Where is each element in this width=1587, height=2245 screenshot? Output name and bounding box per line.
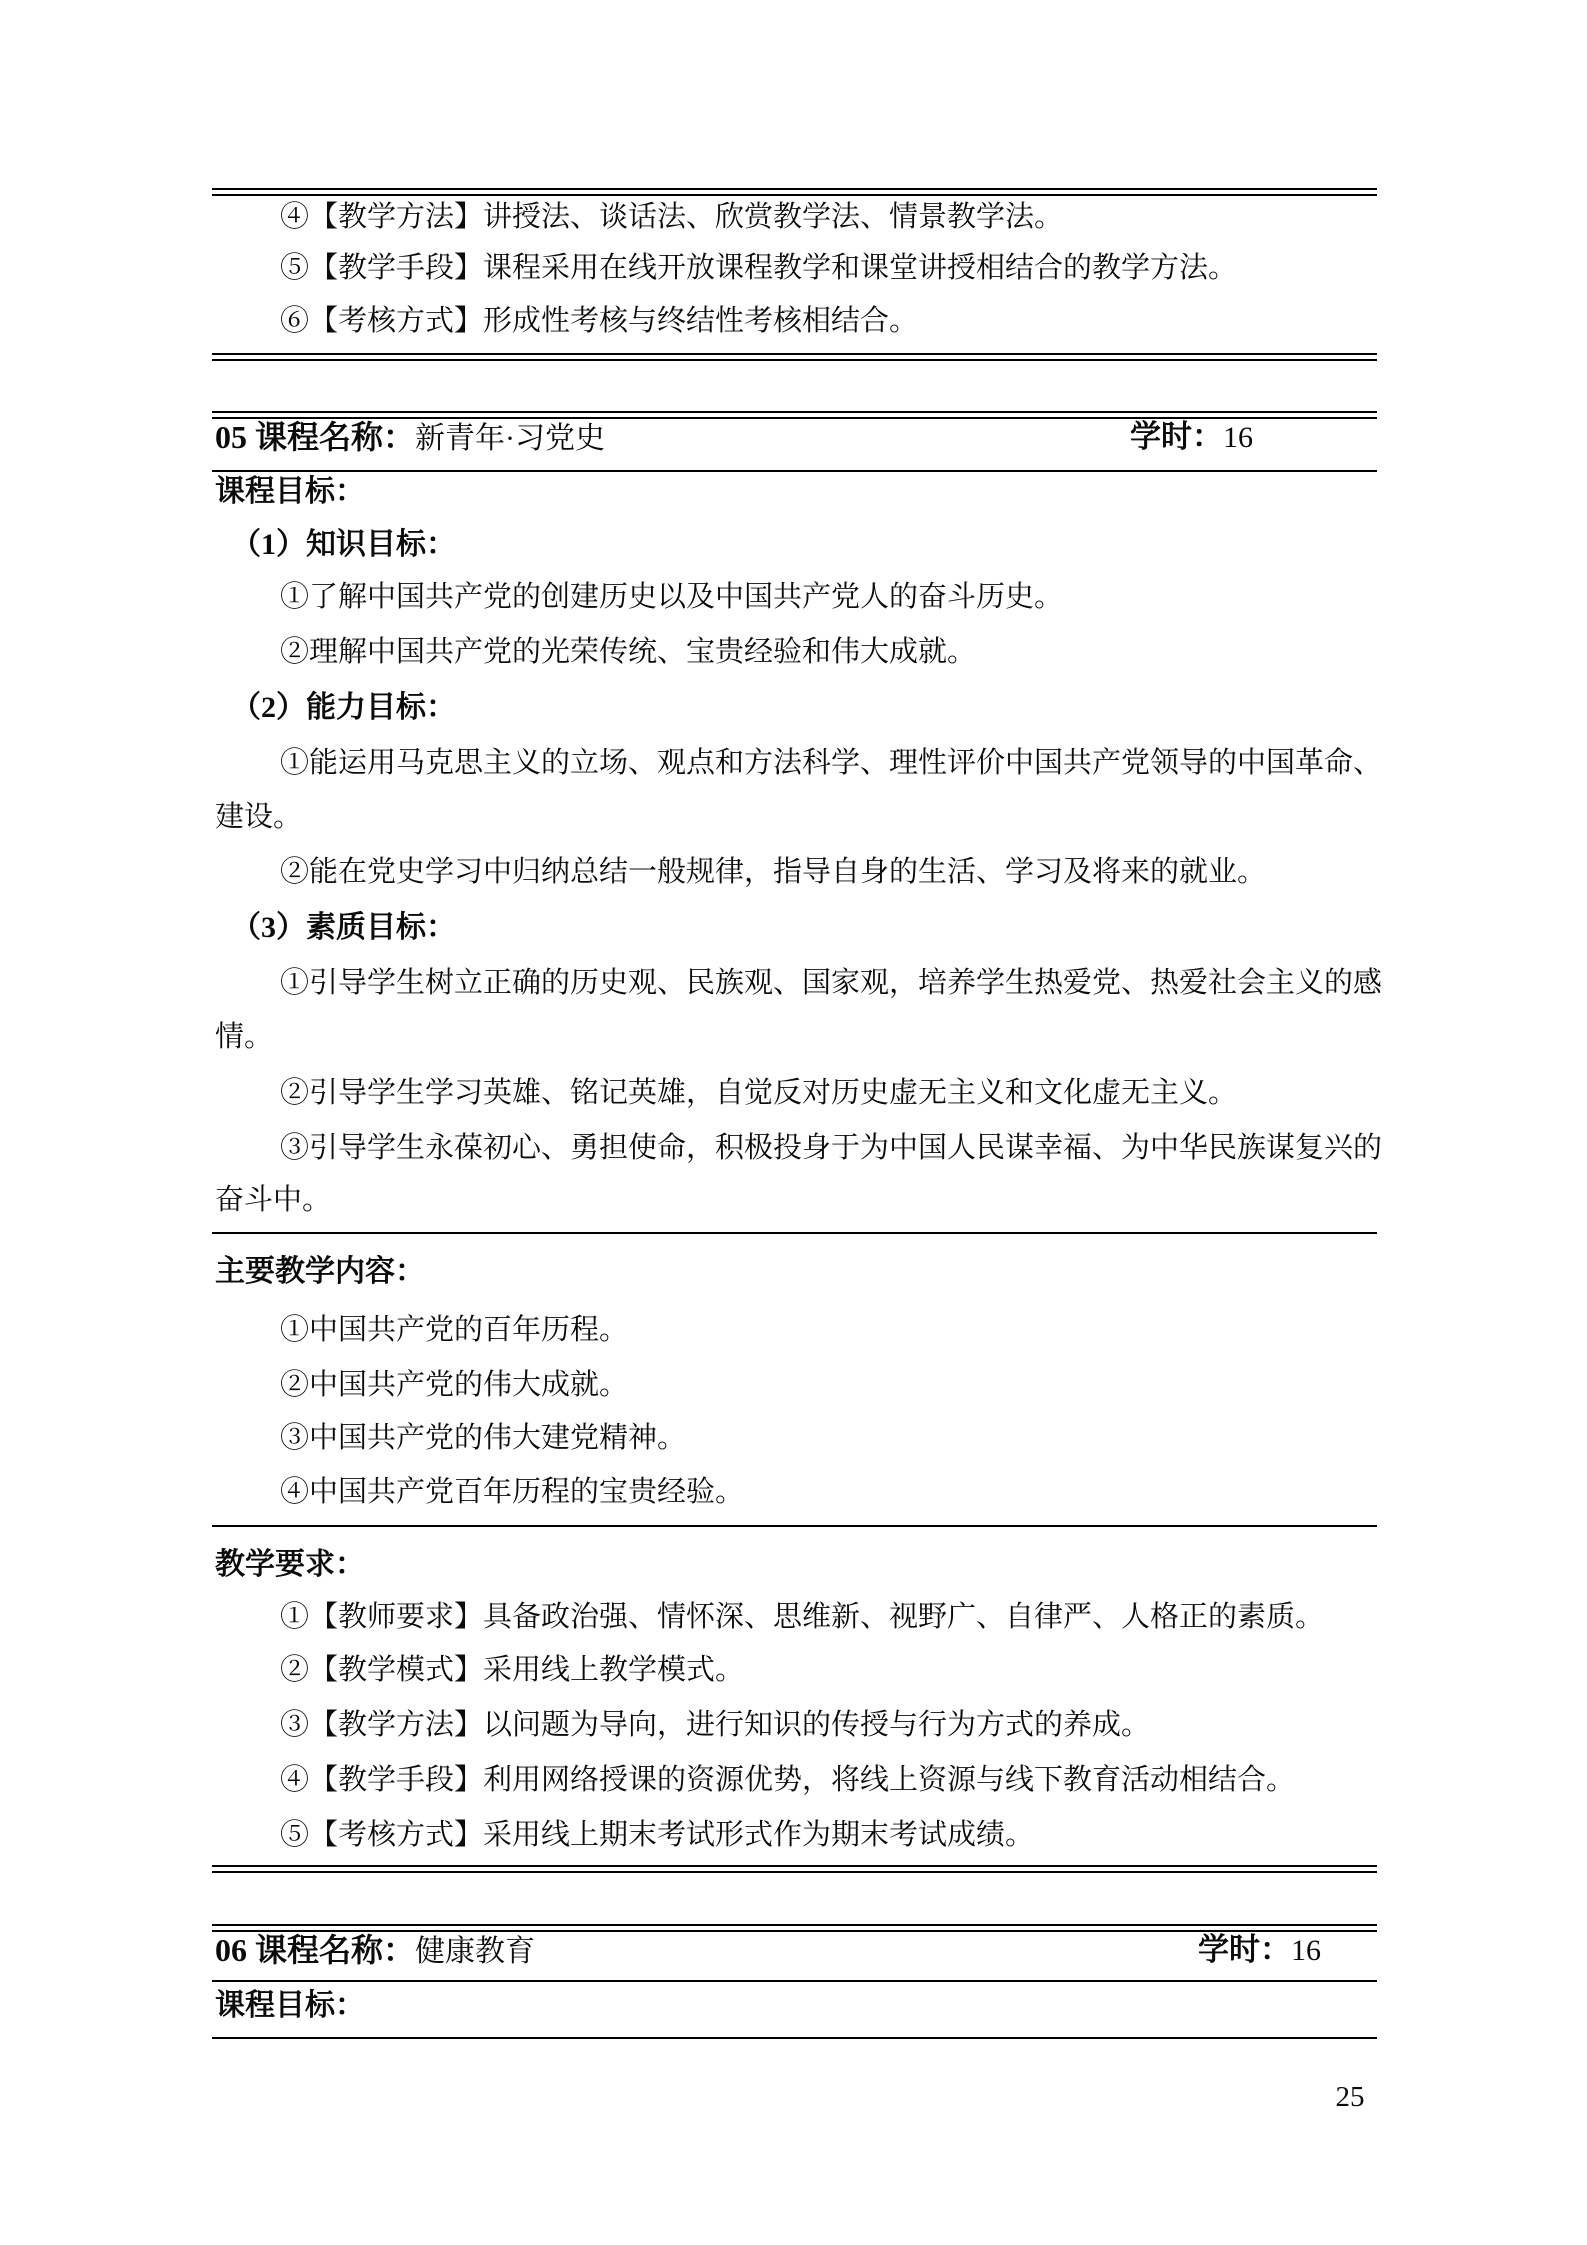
c05-content-item-3: ③中国共产党的伟大建党精神。 [215, 1411, 1443, 1465]
course05-course-name: 新青年·习党史 [415, 422, 605, 455]
document-page: ④【教学方法】讲授法、谈话法、欣赏教学法、情景教学法。 ⑤【教学手段】课程采用在… [0, 0, 1587, 2245]
c05-requirement-item-5: ⑤【考核方式】采用线上期末考试形式作为期末考试成绩。 [215, 1808, 1443, 1862]
course06-number-label: 06 课程名称： [215, 1932, 415, 1968]
course06-hours-label: 学时： [1198, 1932, 1291, 1967]
course05-header-row: 05 课程名称：新青年·习党史 学时：16 [215, 410, 1378, 464]
c05-knowledge-heading: （1）知识目标： [215, 518, 1394, 572]
course06-header-row: 06 课程名称：健康教育 学时：16 [215, 1923, 1378, 1977]
c05-ability-item1-line1: ①能运用马克思主义的立场、观点和方法科学、理性评价中国共产党领导的中国革命、 [215, 736, 1443, 790]
c05-requirement-item-1: ①【教师要求】具备政治强、情怀深、思维新、视野广、自律严、人格正的素质。 [215, 1590, 1443, 1644]
course05-hours: 学时：16 [1130, 410, 1253, 464]
divider-single [212, 2037, 1377, 2039]
page-number: 25 [1328, 2080, 1372, 2114]
divider-single [212, 1232, 1377, 1234]
course05-hours-label: 学时： [1130, 419, 1223, 454]
c05-requirement-item-4: ④【教学手段】利用网络授课的资源优势，将线上资源与线下教育活动相结合。 [215, 1753, 1443, 1807]
c05-quality-heading: （3）素质目标： [215, 901, 1394, 955]
c05-content-item-2: ②中国共产党的伟大成就。 [215, 1358, 1443, 1412]
c05-requirement-item-3: ③【教学方法】以问题为导向，进行知识的传授与行为方式的养成。 [215, 1698, 1443, 1752]
c05-objectives-heading: 课程目标： [215, 465, 1378, 519]
course06-hours: 学时：16 [1198, 1923, 1321, 1977]
c05-quality-item3-line1: ③引导学生永葆初心、勇担使命，积极投身于为中国人民谋幸福、为中华民族谋复兴的 [215, 1121, 1443, 1175]
c05-requirements-heading: 教学要求： [215, 1538, 1378, 1592]
c05-content-item-4: ④中国共产党百年历程的宝贵经验。 [215, 1465, 1443, 1519]
c05-ability-heading: （2）能力目标： [215, 681, 1394, 735]
c05-quality-item1-line2: 情。 [215, 1010, 1378, 1064]
divider-double [212, 353, 1377, 361]
c05-knowledge-item-1: ①了解中国共产党的创建历史以及中国共产党人的奋斗历史。 [215, 570, 1443, 624]
c05-content-heading: 主要教学内容： [215, 1245, 1378, 1299]
c04-teaching-means: ⑤【教学手段】课程采用在线开放课程教学和课堂讲授相结合的教学方法。 [215, 241, 1443, 295]
c05-ability-item1-line2: 建设。 [215, 790, 1378, 844]
c06-objectives-heading: 课程目标： [215, 1979, 1378, 2033]
c05-content-item-1: ①中国共产党的百年历程。 [215, 1303, 1443, 1357]
c05-quality-item3-line2: 奋斗中。 [215, 1173, 1378, 1227]
course05-hours-value: 16 [1223, 421, 1253, 454]
course06-course-name: 健康教育 [415, 1935, 535, 1968]
c05-requirement-item-2: ②【教学模式】采用线上教学模式。 [215, 1643, 1443, 1697]
c05-quality-item2: ②引导学生学习英雄、铭记英雄，自觉反对历史虚无主义和文化虚无主义。 [215, 1066, 1443, 1120]
divider-double [212, 1865, 1377, 1873]
c05-quality-item1-line1: ①引导学生树立正确的历史观、民族观、国家观，培养学生热爱党、热爱社会主义的感 [215, 956, 1443, 1010]
c05-knowledge-item-2: ②理解中国共产党的光荣传统、宝贵经验和伟大成就。 [215, 625, 1443, 679]
c05-ability-item2: ②能在党史学习中归纳总结一般规律，指导自身的生活、学习及将来的就业。 [215, 845, 1443, 899]
divider-single [212, 1525, 1377, 1527]
c04-assessment: ⑥【考核方式】形成性考核与终结性考核相结合。 [215, 294, 1443, 348]
course05-number-label: 05 课程名称： [215, 419, 415, 455]
course06-hours-value: 16 [1291, 1934, 1321, 1967]
c04-teaching-method: ④【教学方法】讲授法、谈话法、欣赏教学法、情景教学法。 [215, 190, 1443, 244]
